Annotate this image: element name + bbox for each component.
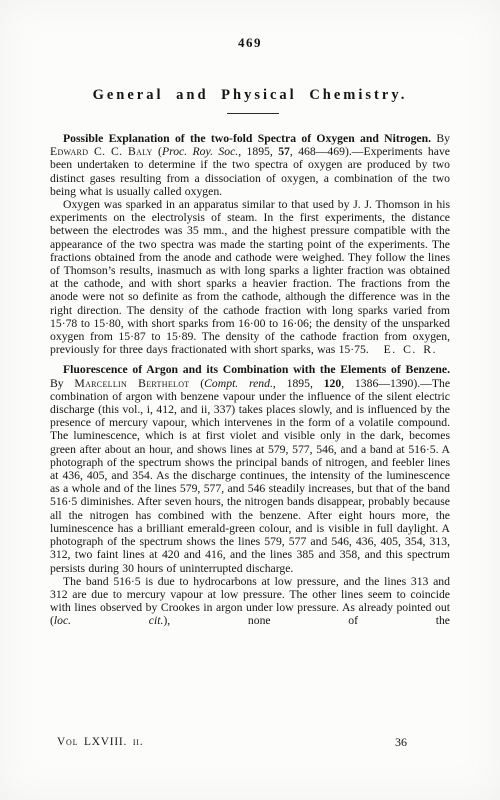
text-run-plain: By <box>431 132 450 145</box>
text-run-bold: 120 <box>324 377 342 390</box>
text-run-plain: , 1895, <box>238 145 278 158</box>
text-run-bold: Possible Explanation of the two-fold Spe… <box>63 132 431 145</box>
text-run-plain: ( <box>189 377 204 390</box>
journal-page: 469 General and Physical Chemistry. Poss… <box>0 0 500 800</box>
text-run-plain: By <box>50 377 74 390</box>
abstractor-initials: E. C. R. <box>371 343 437 356</box>
text-run-plain: ), none of the <box>163 614 450 627</box>
text-run-italic: Proc. Roy. Soc. <box>162 145 238 158</box>
article-argon-fluorescence: Fluorescence of Argon and its Combinatio… <box>50 363 450 627</box>
text-run-smallcaps: Edward C. C. Baly <box>50 145 153 158</box>
article-oxygen-spectra: Possible Explanation of the two-fold Spe… <box>50 132 450 356</box>
footer-sheet-number: 36 <box>395 735 407 750</box>
text-run-bold: 57 <box>278 145 290 158</box>
section-divider-rule <box>227 113 279 114</box>
page-footer: Vol LXVIII. ii. 36 <box>50 736 450 751</box>
page-text-column: Possible Explanation of the two-fold Spe… <box>50 132 450 628</box>
text-run-plain: ( <box>153 145 162 158</box>
article-2-body-paragraph: The band 516·5 is due to hydrocarbons at… <box>50 575 450 628</box>
text-run-plain: , 1895, <box>273 377 324 390</box>
text-run-italic: loc. cit. <box>54 614 164 627</box>
text-run-bold: Fluorescence of Argon and its Combinatio… <box>63 363 450 376</box>
article-1-opening-paragraph: Possible Explanation of the two-fold Spe… <box>50 132 450 198</box>
text-run-plain: , 1386—1390).—The combination of argon w… <box>50 377 450 575</box>
section-title: General and Physical Chemistry. <box>0 87 500 104</box>
article-1-body-text: Oxygen was sparked in an apparatus simil… <box>50 198 450 356</box>
text-run-italic: Compt. rend. <box>204 377 273 390</box>
footer-volume-label: Vol LXVIII. ii. <box>57 736 143 748</box>
text-run-plain: Oxygen was sparked in an apparatus simil… <box>50 198 450 356</box>
article-1-body-paragraph: Oxygen was sparked in an apparatus simil… <box>50 198 450 356</box>
article-2-opening-paragraph: Fluorescence of Argon and its Combinatio… <box>50 363 450 574</box>
page-number: 469 <box>0 35 500 51</box>
text-run-smallcaps: Marcellin Berthelot <box>74 377 189 390</box>
